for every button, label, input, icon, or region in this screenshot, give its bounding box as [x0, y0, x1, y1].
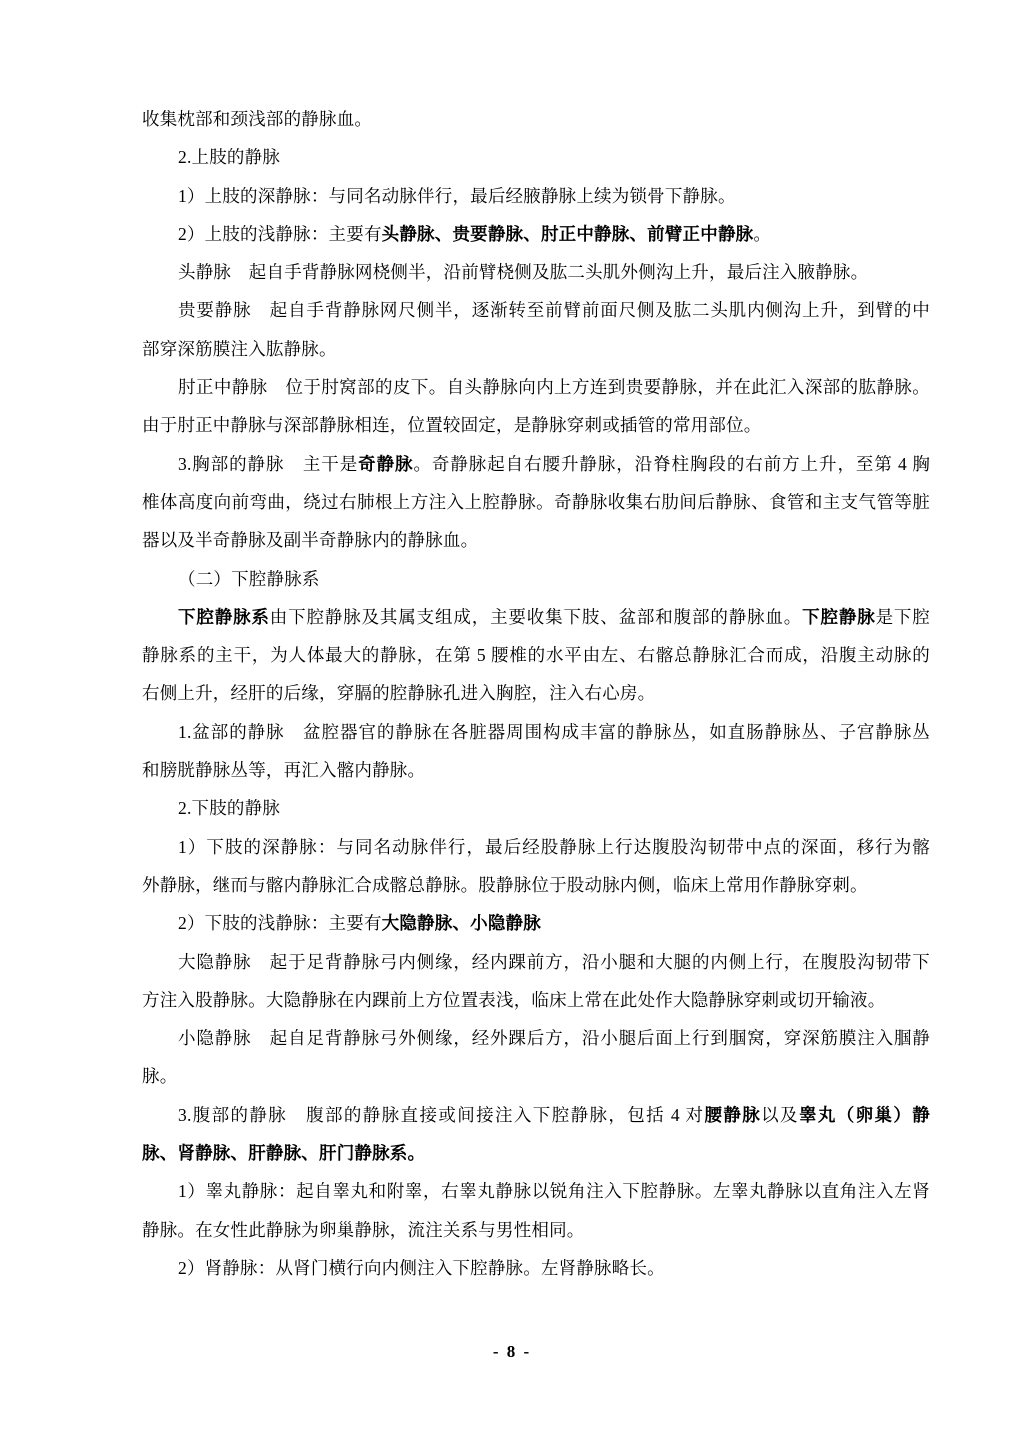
text-line: 大隐静脉 起于足背静脉弓内侧缘，经内踝前方，沿小腿和大腿的内侧上行，在腹股沟韧带…	[142, 943, 930, 981]
text-segment: （二）下腔静脉系	[178, 569, 320, 589]
text-segment: 肘正中静脉 位于肘窝部的皮下。自头静脉向内上方连到贵要静脉，并在此汇入深部的肱静…	[178, 377, 930, 397]
text-line: 方注入股静脉。大隐静脉在内踝前上方位置表浅，临床上常在此处作大隐静脉穿刺或切开输…	[142, 981, 930, 1019]
text-segment: 由下腔静脉及其属支组成，主要收集下肢、盆部和腹部的静脉血。	[270, 607, 802, 627]
text-line: 脉。	[142, 1057, 930, 1095]
text-line: 器以及半奇静脉及副半奇静脉内的静脉血。	[142, 521, 930, 559]
text-segment: 由于肘正中静脉与深部静脉相连，位置较固定，是静脉穿刺或插管的常用部位。	[142, 415, 762, 435]
text-segment: 2）肾静脉：从肾门横行向内侧注入下腔静脉。左肾静脉略长。	[178, 1258, 665, 1278]
text-line: （二）下腔静脉系	[142, 560, 930, 598]
text-line: 2）上肢的浅静脉：主要有头静脉、贵要静脉、肘正中静脉、前臂正中静脉。	[142, 215, 930, 253]
bold-text-segment: 奇静脉	[358, 454, 413, 474]
text-segment: 方注入股静脉。大隐静脉在内踝前上方位置表浅，临床上常在此处作大隐静脉穿刺或切开输…	[142, 990, 885, 1010]
text-segment: 脉。	[142, 1066, 177, 1086]
text-segment: 1.盆部的静脉 盆腔器官的静脉在各脏器周围构成丰富的静脉丛，如直肠静脉丛、子宫静…	[178, 722, 930, 742]
text-line: 2）下肢的浅静脉：主要有大隐静脉、小隐静脉	[142, 904, 930, 942]
text-segment: 右侧上升，经肝的后缘，穿膈的腔静脉孔进入胸腔，注入右心房。	[142, 683, 655, 703]
text-line: 静脉系的主干，为人体最大的静脉，在第 5 腰椎的水平由左、右髂总静脉汇合而成，沿…	[142, 636, 930, 674]
text-line: 2.下肢的静脉	[142, 789, 930, 827]
bold-text-segment: 头静脉、贵要静脉、肘正中静脉、前臂正中静脉	[382, 224, 754, 244]
text-line: 部穿深筋膜注入肱静脉。	[142, 330, 930, 368]
text-segment: 器以及半奇静脉及副半奇静脉内的静脉血。	[142, 530, 478, 550]
document-body: 收集枕部和颈浅部的静脉血。2.上肢的静脉1）上肢的深静脉：与同名动脉伴行，最后经…	[142, 100, 930, 1287]
text-segment: 1）下肢的深静脉：与同名动脉伴行，最后经股静脉上行达腹股沟韧带中点的深面，移行为…	[178, 837, 930, 857]
text-segment: 部穿深筋膜注入肱静脉。	[142, 339, 337, 359]
text-segment: 3.腹部的静脉 腹部的静脉直接或间接注入下腔静脉，包括 4 对	[178, 1105, 704, 1125]
bold-text-segment: 下腔静脉系	[178, 607, 270, 627]
text-segment: 小隐静脉 起自足背静脉弓外侧缘，经外踝后方，沿小腿后面上行到腘窝，穿深筋膜注入腘…	[178, 1028, 930, 1048]
text-segment: 2）上肢的浅静脉：主要有	[178, 224, 382, 244]
text-segment: 大隐静脉 起于足背静脉弓内侧缘，经内踝前方，沿小腿和大腿的内侧上行，在腹股沟韧带…	[178, 952, 930, 972]
text-line: 头静脉 起自手背静脉网桡侧半，沿前臂桡侧及肱二头肌外侧沟上升，最后注入腋静脉。	[142, 253, 930, 291]
text-line: 由于肘正中静脉与深部静脉相连，位置较固定，是静脉穿刺或插管的常用部位。	[142, 406, 930, 444]
page-number: - 8 -	[0, 1342, 1024, 1362]
text-segment: 收集枕部和颈浅部的静脉血。	[142, 109, 372, 129]
text-segment: 和膀胱静脉丛等，再汇入髂内静脉。	[142, 760, 425, 780]
bold-text-segment: 下腔静脉	[802, 607, 875, 627]
text-segment: 贵要静脉 起自手背静脉网尺侧半，逐渐转至前臂前面尺侧及肱二头肌内侧沟上升，到臂的…	[178, 300, 930, 320]
text-segment: 静脉系的主干，为人体最大的静脉，在第 5 腰椎的水平由左、右髂总静脉汇合而成，沿…	[142, 645, 930, 665]
text-segment: 2）下肢的浅静脉：主要有	[178, 913, 382, 933]
text-line: 贵要静脉 起自手背静脉网尺侧半，逐渐转至前臂前面尺侧及肱二头肌内侧沟上升，到臂的…	[142, 291, 930, 329]
text-line: 3.胸部的静脉 主干是奇静脉。奇静脉起自右腰升静脉，沿脊柱胸段的右前方上升，至第…	[142, 445, 930, 483]
text-segment: 2.上肢的静脉	[178, 147, 280, 167]
text-line: 椎体高度向前弯曲，绕过右肺根上方注入上腔静脉。奇静脉收集右肋间后静脉、食管和主支…	[142, 483, 930, 521]
text-line: 肘正中静脉 位于肘窝部的皮下。自头静脉向内上方连到贵要静脉，并在此汇入深部的肱静…	[142, 368, 930, 406]
bold-text-segment: 大隐静脉、小隐静脉	[382, 913, 541, 933]
text-line: 收集枕部和颈浅部的静脉血。	[142, 100, 930, 138]
text-line: 1）下肢的深静脉：与同名动脉伴行，最后经股静脉上行达腹股沟韧带中点的深面，移行为…	[142, 828, 930, 866]
bold-text-segment: 睾丸（卵巢）静	[799, 1105, 930, 1125]
text-line: 静脉。在女性此静脉为卵巢静脉，流注关系与男性相同。	[142, 1211, 930, 1249]
text-line: 脉、肾静脉、肝静脉、肝门静脉系。	[142, 1134, 930, 1172]
text-segment: 静脉。在女性此静脉为卵巢静脉，流注关系与男性相同。	[142, 1220, 585, 1240]
text-line: 2.上肢的静脉	[142, 138, 930, 176]
text-segment: 2.下肢的静脉	[178, 798, 280, 818]
text-segment: 1）上肢的深静脉：与同名动脉伴行，最后经腋静脉上续为锁骨下静脉。	[178, 186, 736, 206]
bold-text-segment: 脉、肾静脉、肝静脉、肝门静脉系。	[142, 1143, 425, 1163]
text-segment: 。奇静脉起自右腰升静脉，沿脊柱胸段的右前方上升，至第 4 胸	[413, 454, 930, 474]
text-line: 1.盆部的静脉 盆腔器官的静脉在各脏器周围构成丰富的静脉丛，如直肠静脉丛、子宫静…	[142, 713, 930, 751]
text-segment: 外静脉，继而与髂内静脉汇合成髂总静脉。股静脉位于股动脉内侧，临床上常用作静脉穿刺…	[142, 875, 868, 895]
text-segment: 1）睾丸静脉：起自睾丸和附睾，右睾丸静脉以锐角注入下腔静脉。左睾丸静脉以直角注入…	[178, 1181, 930, 1201]
text-line: 右侧上升，经肝的后缘，穿膈的腔静脉孔进入胸腔，注入右心房。	[142, 674, 930, 712]
text-line: 外静脉，继而与髂内静脉汇合成髂总静脉。股静脉位于股动脉内侧，临床上常用作静脉穿刺…	[142, 866, 930, 904]
text-line: 和膀胱静脉丛等，再汇入髂内静脉。	[142, 751, 930, 789]
text-line: 1）上肢的深静脉：与同名动脉伴行，最后经腋静脉上续为锁骨下静脉。	[142, 177, 930, 215]
text-segment: 以及	[761, 1105, 799, 1125]
text-segment: 。	[753, 224, 771, 244]
text-line: 下腔静脉系由下腔静脉及其属支组成，主要收集下肢、盆部和腹部的静脉血。下腔静脉是下…	[142, 598, 930, 636]
bold-text-segment: 腰静脉	[704, 1105, 761, 1125]
text-line: 1）睾丸静脉：起自睾丸和附睾，右睾丸静脉以锐角注入下腔静脉。左睾丸静脉以直角注入…	[142, 1172, 930, 1210]
text-line: 2）肾静脉：从肾门横行向内侧注入下腔静脉。左肾静脉略长。	[142, 1249, 930, 1287]
text-segment: 椎体高度向前弯曲，绕过右肺根上方注入上腔静脉。奇静脉收集右肋间后静脉、食管和主支…	[142, 492, 930, 512]
text-segment: 3.胸部的静脉 主干是	[178, 454, 358, 474]
text-segment: 头静脉 起自手背静脉网桡侧半，沿前臂桡侧及肱二头肌外侧沟上升，最后注入腋静脉。	[178, 262, 868, 282]
text-line: 小隐静脉 起自足背静脉弓外侧缘，经外踝后方，沿小腿后面上行到腘窝，穿深筋膜注入腘…	[142, 1019, 930, 1057]
document-page: 收集枕部和颈浅部的静脉血。2.上肢的静脉1）上肢的深静脉：与同名动脉伴行，最后经…	[0, 0, 1024, 1450]
text-segment: 是下腔	[876, 607, 930, 627]
text-line: 3.腹部的静脉 腹部的静脉直接或间接注入下腔静脉，包括 4 对腰静脉以及睾丸（卵…	[142, 1096, 930, 1134]
